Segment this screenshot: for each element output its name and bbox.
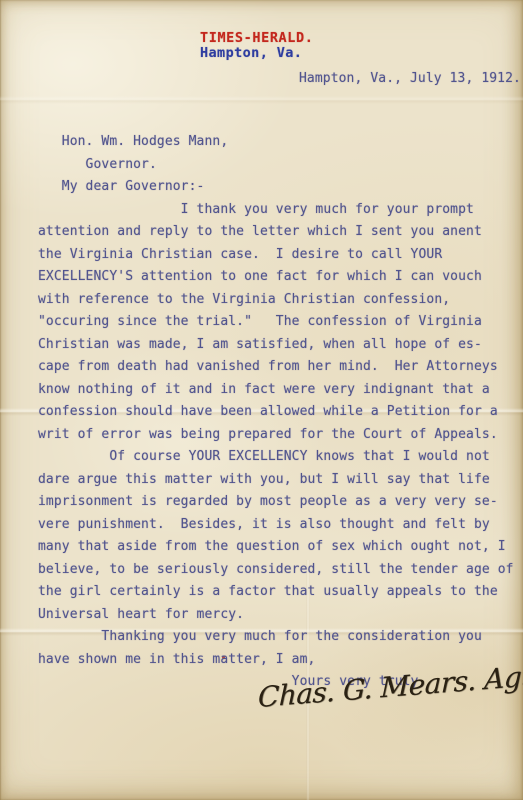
letter-line: confession should have been allowed whil… <box>38 401 514 424</box>
letter-line-salutation: My dear Governor:- <box>38 176 514 199</box>
fold-crease-top <box>0 96 523 104</box>
letter-line: writ of error was being prepared for the… <box>38 424 514 447</box>
letter-line: dare argue this matter with you, but I w… <box>38 469 514 492</box>
dateline: Hampton, Va., July 13, 1912. <box>299 71 521 86</box>
letter-line: Universal heart for mercy. <box>38 604 514 627</box>
letter-line: imprisonment is regarded by most people … <box>38 491 514 514</box>
letter-line: Of course YOUR EXCELLENCY knows that I w… <box>38 446 514 469</box>
letter-line-recipient-title: Governor. <box>38 154 514 177</box>
letter-line: many that aside from the question of sex… <box>38 536 514 559</box>
letterhead-location: Hampton, Va. <box>200 46 313 61</box>
letter-line: vere punishment. Besides, it is also tho… <box>38 514 514 537</box>
letter-line-recipient: Hon. Wm. Hodges Mann, <box>38 131 514 154</box>
letter-line: "occuring since the trial." The confessi… <box>38 311 514 334</box>
letter-line: EXCELLENCY'S attention to one fact for w… <box>38 266 514 289</box>
letter-body: Hon. Wm. Hodges Mann, Governor. My dear … <box>38 131 514 694</box>
letter-line: the Virginia Christian case. I desire to… <box>38 244 514 267</box>
letter-scan: TIMES-HERALD. Hampton, Va. Hampton, Va.,… <box>0 0 523 800</box>
letter-line: the girl certainly is a factor that usua… <box>38 581 514 604</box>
letterhead: TIMES-HERALD. Hampton, Va. <box>200 31 313 61</box>
letter-line: know nothing of it and in fact were very… <box>38 379 514 402</box>
letterhead-org: TIMES-HERALD. <box>200 31 313 46</box>
letter-line: believe, to be seriously considered, sti… <box>38 559 514 582</box>
letter-line: with reference to the Virginia Christian… <box>38 289 514 312</box>
letter-line: attention and reply to the letter which … <box>38 221 514 244</box>
letter-line: I thank you very much for your prompt <box>38 199 514 222</box>
letter-line: Thanking you very much for the considera… <box>38 626 514 649</box>
letter-line: cape from death had vanished from her mi… <box>38 356 514 379</box>
letter-line: Christian was made, I am satisfied, when… <box>38 334 514 357</box>
